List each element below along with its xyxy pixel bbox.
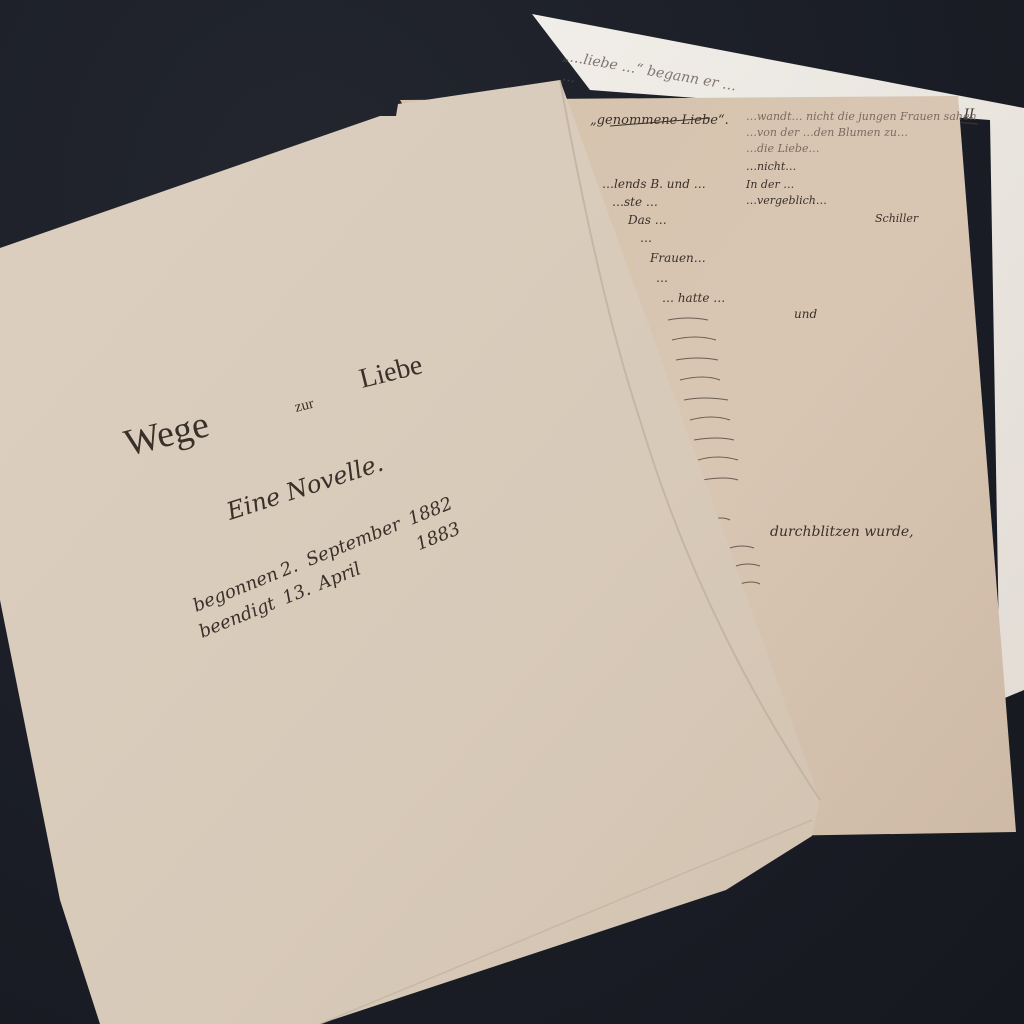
mid-phrase: durchblitzen wurde,: [770, 524, 914, 540]
svg-text:…lends B. und …: …lends B. und …: [602, 177, 706, 191]
svg-text:…: …: [640, 231, 652, 245]
svg-text:…wandt… nicht die jungen Fraue: …wandt… nicht die jungen Frauen sahen: [746, 110, 977, 123]
svg-text:In der …: In der …: [745, 178, 794, 191]
svg-text:…ste …: …ste …: [612, 195, 658, 209]
svg-text:… hatte …: … hatte …: [662, 291, 725, 305]
svg-text:und: und: [794, 307, 817, 321]
svg-text:…von der …den Blumen zu…: …von der …den Blumen zu…: [746, 126, 908, 139]
svg-text:…die Liebe…: …die Liebe…: [746, 142, 819, 155]
svg-text:Schiller: Schiller: [875, 212, 919, 225]
svg-text:…nicht…: …nicht…: [746, 160, 796, 173]
svg-text:…: …: [656, 271, 668, 285]
svg-text:Das …: Das …: [627, 213, 667, 227]
manuscript-scene: „…liebe …“ begann er … … II „genommene L…: [0, 0, 1024, 1024]
svg-text:…vergeblich…: …vergeblich…: [746, 194, 827, 207]
back-sheet-line-2: …: [561, 69, 576, 86]
svg-text:Frauen…: Frauen…: [649, 251, 706, 265]
